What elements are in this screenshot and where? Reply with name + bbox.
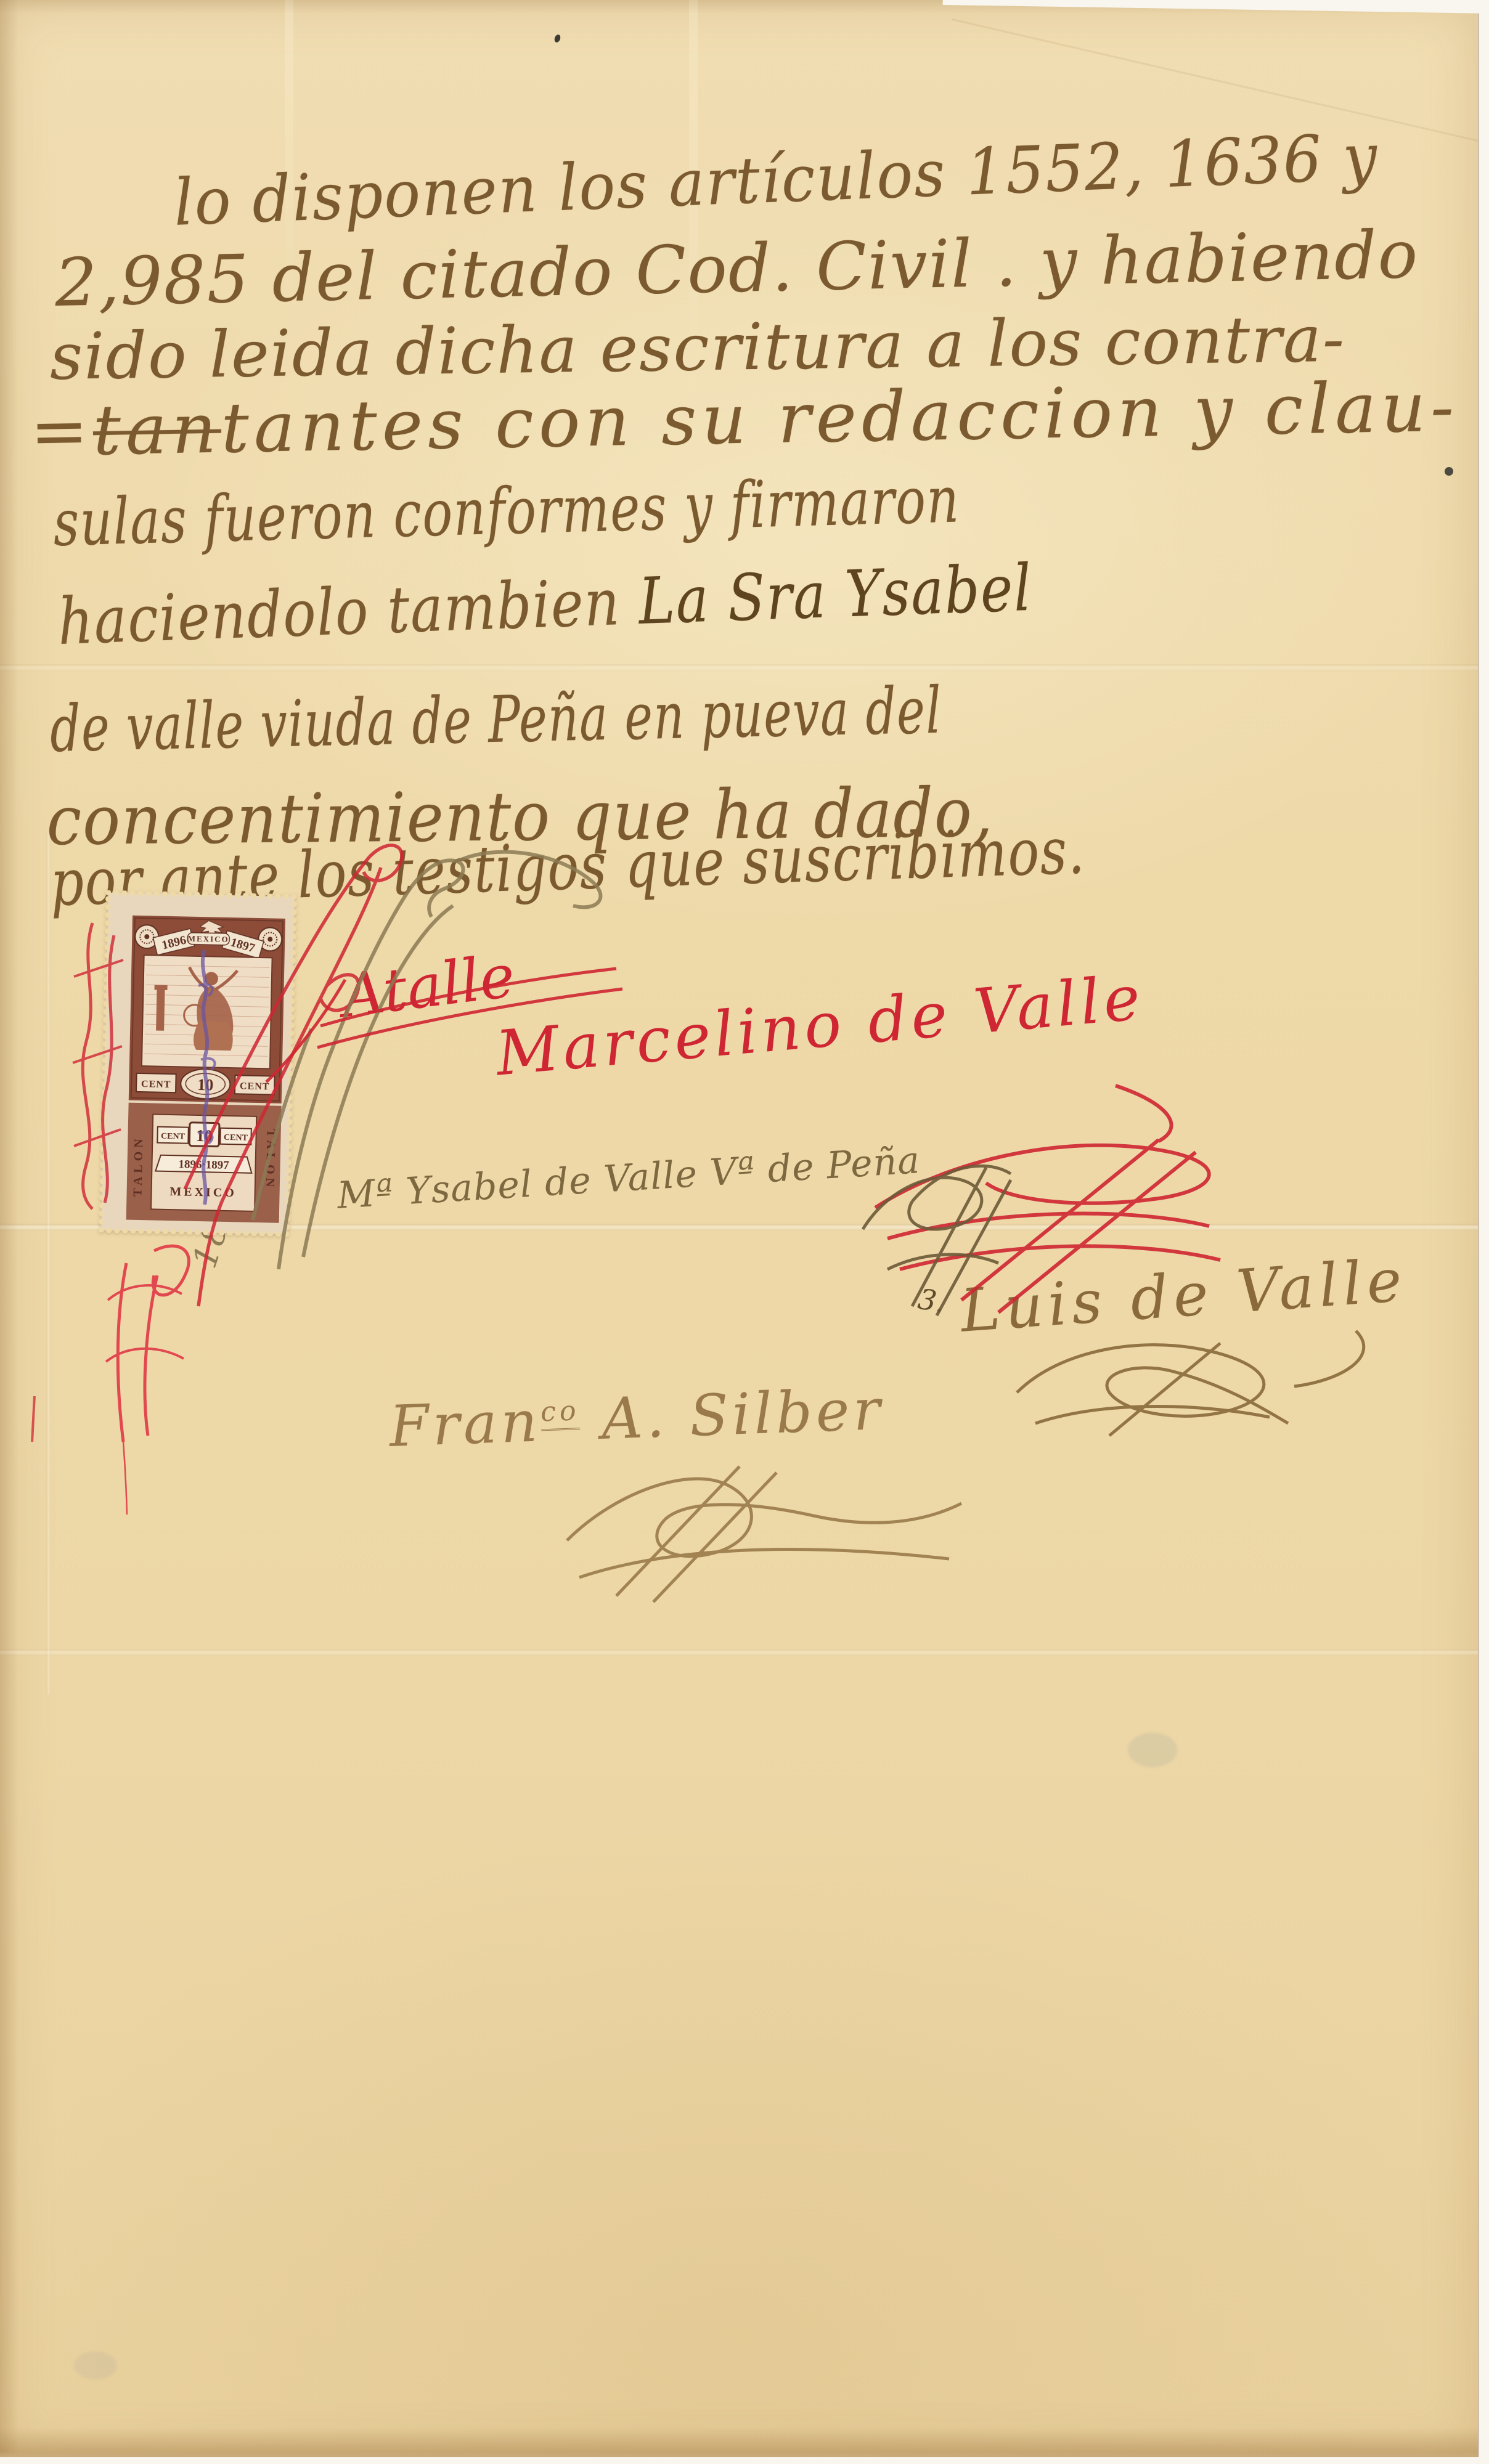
talon-years-text: 1896·1897 [178,1158,229,1172]
ink-speck [553,34,561,43]
fold-crease [0,1649,1478,1656]
stamp-upper: 1896 1897 MEXICO [129,916,285,1104]
ink-stroke [579,1550,949,1577]
scanned-document: lo disponen los artículos 1552, 1636 y 2… [0,0,1489,2464]
stamp-talon: TALON TALON CENT 10 CENT 1896·1897 MEXIC… [126,1103,282,1223]
luis-rubric [1017,1331,1364,1436]
manuscript-line-6: haciendolo tambien La Sra Ysabel [57,550,1034,659]
ink-stroke [1294,1331,1364,1386]
stamp-graphic: 1896 1897 MEXICO [97,890,301,1237]
fold-crease-vertical [46,832,51,1694]
country-text: MEXICO [188,934,229,944]
struck-word: tan [92,389,222,471]
paper-smudge [74,2351,117,2380]
ink-stroke [153,1246,189,1295]
ink-stroke [106,1285,184,1362]
name-prefix: Fran [388,1388,542,1460]
ink-speck [1445,467,1453,476]
line-text-darker: La Sra Ysabel [637,550,1034,639]
talon-value: 10 [196,1126,213,1145]
denom-value-text: 10 [197,1076,214,1094]
signature-crossed-out: Atalle [338,941,518,1031]
signature-marcelino-de-valle: Marcelino de Valle [493,961,1146,1089]
superscript-co: co [540,1396,580,1431]
column-cap [154,985,167,990]
ink-stroke [145,1275,157,1436]
signature-number-mark: 3. [916,1282,948,1320]
ink-stroke [912,1166,1011,1202]
ink-stroke [567,1479,961,1556]
scan-background-bottom [0,2457,1489,2464]
denom-left-text: CENT [141,1079,171,1090]
paper-edge-shadow [0,2428,1478,2457]
paper-smudge [1128,1733,1177,1767]
manuscript-line-7: de valle viuda de Peña en pueva del [49,673,942,766]
revenue-stamp-pair: 1896 1897 MEXICO [97,890,301,1237]
signature-ysabel-de-valle: Mª Ysabel de Valle Vª de Peña [336,1139,921,1218]
manuscript-line-5: sulas fueron conformes y firmaron [52,461,961,560]
stamp-vignette [142,955,272,1068]
ink-stroke [1116,1086,1172,1141]
ink-stroke [1109,1343,1220,1436]
ink-stroke [1035,1407,1270,1424]
ink-stroke [1017,1345,1288,1423]
talon-label-right: TALON [263,1129,278,1190]
line-text: haciendolo tambien [57,564,640,659]
scan-background-right [1478,0,1489,2464]
name-rest: A. Silber [579,1376,885,1453]
ink-stroke [83,923,92,1209]
fold-crease [0,664,1478,672]
talon-label-left: TALON [131,1135,145,1197]
ink-stroke [887,1254,998,1269]
paper-edge-shadow [0,0,18,2457]
silber-rubric [567,1466,961,1602]
ink-stroke [118,1263,126,1442]
talon-country-text: MEXICO [169,1185,237,1200]
continuation-dash: = [30,391,94,472]
ink-stroke [875,1145,1209,1208]
ink-stroke [863,1177,982,1229]
column [156,990,165,1031]
red-flourish-below-stamp [106,1246,189,1515]
talon-cent-left: CENT [161,1132,186,1142]
ink-stroke [616,1466,777,1602]
signature-luis-de-valle: Luis de Valle [958,1245,1409,1345]
paper-sheet: lo disponen los artículos 1552, 1636 y 2… [0,0,1478,2457]
red-ink-mark [31,1396,36,1442]
denom-right-text: CENT [240,1081,270,1092]
talon-cent-right: CENT [224,1133,248,1143]
ink-stroke [123,1442,127,1515]
signature-francisco-silber: Franco A. Silber [388,1376,885,1460]
